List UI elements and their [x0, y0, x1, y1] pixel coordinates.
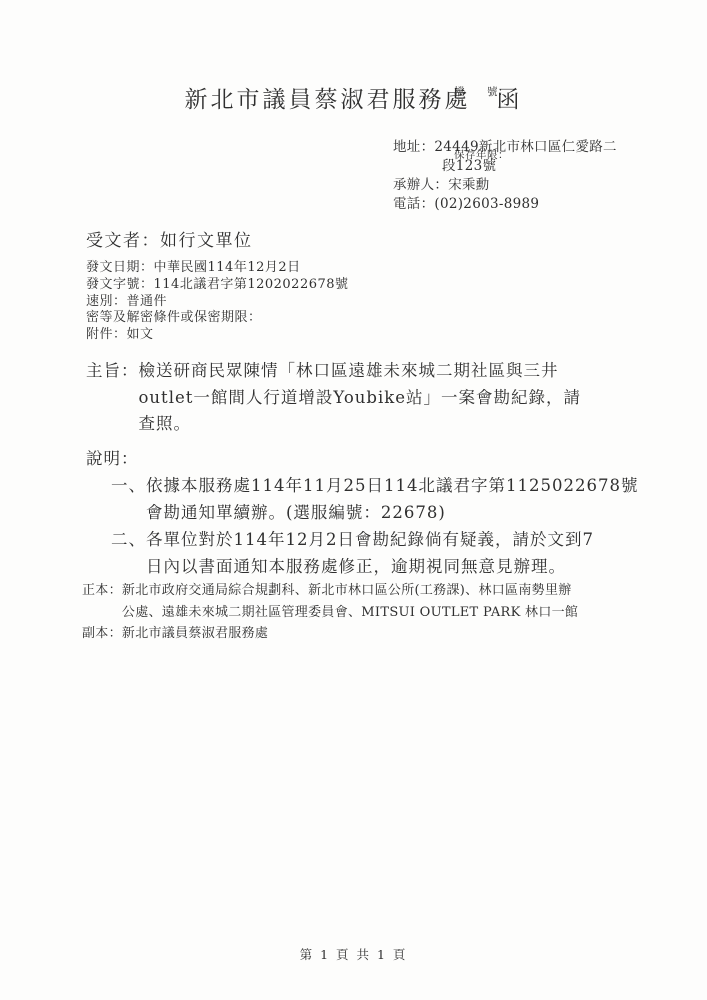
subject-line: 查照。 [139, 411, 582, 438]
item-line: 日內以書面通知本服務處修正，逾期視同無意見辦理。 [146, 553, 594, 580]
item-content: 各單位對於114年12月2日會勘紀錄倘有疑義，請於文到7 日內以書面通知本服務處… [146, 526, 594, 580]
attachment-line: 附件：如文 [86, 327, 349, 344]
original-recipients-line: 新北市政府交通局綜合規劃科、新北市林口區公所(工務課)、林口區南勢里辦 [122, 580, 578, 602]
sender-address-line2: 段123號 [393, 157, 617, 176]
distribution-block: 正本： 新北市政府交通局綜合規劃科、新北市林口區公所(工務課)、林口區南勢里辦 … [82, 580, 578, 645]
item-line: 依據本服務處114年11月25日114北議君字第1125022678號 [146, 472, 638, 499]
sender-address-line1: 地址：24449新北市林口區仁愛路二 [393, 138, 617, 157]
recipient-line: 受文者：如行文單位 [86, 226, 253, 251]
original-label: 正本： [82, 580, 122, 602]
description-item-1: 一、 依據本服務處114年11月25日114北議君字第1125022678號 會… [111, 472, 638, 526]
security-line: 密等及解密條件或保密期限： [86, 310, 349, 327]
item-line: 各單位對於114年12月2日會勘紀錄倘有疑義，請於文到7 [146, 526, 594, 553]
subject-section: 主旨： 檢送研商民眾陳情「林口區遠雄未來城二期社區與三井 outlet一館間人行… [86, 358, 581, 438]
description-section: 說明： 一、 依據本服務處114年11月25日114北議君字第112502267… [86, 445, 638, 580]
page-number: 第 1 頁 共 1 頁 [0, 945, 707, 963]
original-recipients: 新北市政府交通局綜合規劃科、新北市林口區公所(工務課)、林口區南勢里辦 公處、遠… [122, 580, 578, 623]
sender-info-block: 地址：24449新北市林口區仁愛路二 段123號 承辦人：宋乘勳 電話：(02)… [393, 138, 617, 214]
item-number: 一、 [111, 472, 146, 499]
subject-content: 檢送研商民眾陳情「林口區遠雄未來城二期社區與三井 outlet一館間人行道增設Y… [139, 358, 582, 438]
description-label: 說明： [86, 445, 638, 472]
original-recipients-line: 公處、遠雄未來城二期社區管理委員會、MITSUI OUTLET PARK 林口一… [122, 602, 578, 624]
sender-phone: 電話：(02)2603-8989 [393, 195, 617, 214]
subject-line: outlet一館間人行道增設Youbike站」一案會勘紀錄，請 [139, 385, 582, 412]
description-item-2: 二、 各單位對於114年12月2日會勘紀錄倘有疑義，請於文到7 日內以書面通知本… [111, 526, 638, 580]
document-title: 新北市議員蔡淑君服務處 函 [0, 81, 707, 114]
sender-contact-person: 承辦人：宋乘勳 [393, 176, 617, 195]
speed-line: 速別：普通件 [86, 294, 349, 311]
subject-label: 主旨： [86, 358, 139, 385]
copy-label: 副本： [82, 623, 122, 645]
subject-line: 檢送研商民眾陳情「林口區遠雄未來城二期社區與三井 [139, 358, 582, 385]
copy-recipients-row: 副本： 新北市議員蔡淑君服務處 [82, 623, 578, 645]
copy-recipients: 新北市議員蔡淑君服務處 [122, 623, 268, 645]
document-meta-block: 發文日期：中華民國114年12月2日 發文字號：114北議君字第12020226… [86, 260, 349, 344]
item-line: 會勘通知單續辦。(選服編號：22678) [146, 499, 638, 526]
item-number: 二、 [111, 526, 146, 553]
item-content: 依據本服務處114年11月25日114北議君字第1125022678號 會勘通知… [146, 472, 638, 526]
original-recipients-row: 正本： 新北市政府交通局綜合規劃科、新北市林口區公所(工務課)、林口區南勢里辦 … [82, 580, 578, 623]
doc-number-line: 發文字號：114北議君字第1202022678號 [86, 277, 349, 294]
official-letter-page: 檔 號： 保存年限： 新北市議員蔡淑君服務處 函 地址：24449新北市林口區仁… [0, 0, 707, 1000]
issue-date-line: 發文日期：中華民國114年12月2日 [86, 260, 349, 277]
